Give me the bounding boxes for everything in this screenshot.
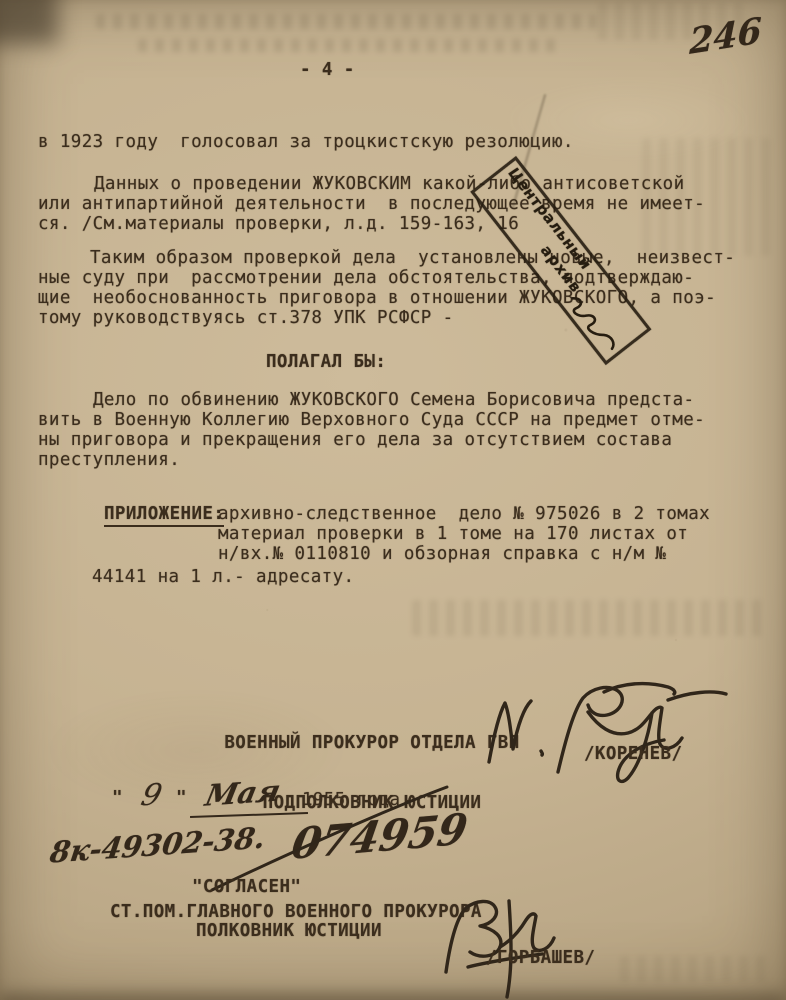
agreement-label: "СОГЛАСЕН" bbox=[192, 877, 301, 897]
body-paragraph-4-line: Дело по обвинению ЖУКОВСКОГО Семена Бори… bbox=[93, 390, 694, 410]
gorbashev-typed-name: /ГОРБАШЕВ/ bbox=[486, 948, 595, 968]
korenev-typed-name: /КОРЕНЕВ/ bbox=[584, 744, 682, 764]
senior-prosecutor-title-line2: ПОЛКОВНИК ЮСТИЦИИ bbox=[196, 921, 382, 941]
typed-year: 1955 года. bbox=[302, 790, 411, 810]
attachment-line: н/вх.№ 0110810 и обзорная справка с н/м … bbox=[218, 544, 666, 564]
handwritten-day: 9 bbox=[138, 778, 166, 813]
handwritten-file-number: 8к-49302-38. bbox=[48, 820, 268, 869]
ink-bleed-through bbox=[620, 956, 770, 982]
handwritten-month: Мая bbox=[202, 773, 283, 813]
ink-bleed-through bbox=[412, 600, 764, 636]
date-close-quote: " bbox=[176, 788, 187, 808]
date-open-quote: " bbox=[112, 788, 123, 808]
attachment-line: архивно-следственное дело № 975026 в 2 т… bbox=[218, 504, 710, 524]
scanned-document-page: 246 - 4 - в 1923 году голосовал за троцк… bbox=[0, 0, 786, 1000]
body-paragraph-4-line: преступления. bbox=[38, 450, 180, 470]
body-paragraph-4-line: вить в Военную Коллегию Верховного Суда … bbox=[38, 410, 705, 430]
page-number: - 4 - bbox=[300, 60, 355, 80]
body-paragraph-1: в 1923 году голосовал за троцкистскую ре… bbox=[38, 132, 574, 152]
body-paragraph-2-line: или антипартийной деятельности в последу… bbox=[38, 194, 705, 214]
body-paragraph-3-line: тому руководствуясь ст.378 УПК РСФСР - bbox=[38, 308, 454, 328]
prosecutor-title-line1: ВОЕННЫЙ ПРОКУРОР ОТДЕЛА ГВП bbox=[212, 733, 532, 753]
attachment-line: материал проверки в 1 томе на 170 листах… bbox=[218, 524, 688, 544]
attachment-label: ПРИЛОЖЕНИЕ: bbox=[104, 504, 224, 527]
ink-bleed-through bbox=[96, 14, 596, 29]
attachment-line: 44141 на 1 л.- адресату. bbox=[92, 567, 354, 587]
resolution-heading: ПОЛАГАЛ БЫ: bbox=[266, 352, 386, 372]
body-paragraph-2-line: ся. /См.материалы проверки, л.д. 159-163… bbox=[38, 214, 519, 234]
paper-edge-shadow bbox=[0, 992, 786, 1000]
ink-bleed-through bbox=[138, 39, 562, 52]
body-paragraph-3-line: Таким образом проверкой дела установлены… bbox=[90, 248, 735, 268]
senior-prosecutor-title-line1: СТ.ПОМ.ГЛАВНОГО ВОЕННОГО ПРОКУРОРА bbox=[110, 902, 482, 922]
body-paragraph-4-line: ны приговора и прекращения его дела за о… bbox=[38, 430, 672, 450]
paper-corner-shadow bbox=[0, 0, 58, 44]
body-paragraph-2-line: Данных о проведении ЖУКОВСКИМ какой-либо… bbox=[94, 174, 685, 194]
